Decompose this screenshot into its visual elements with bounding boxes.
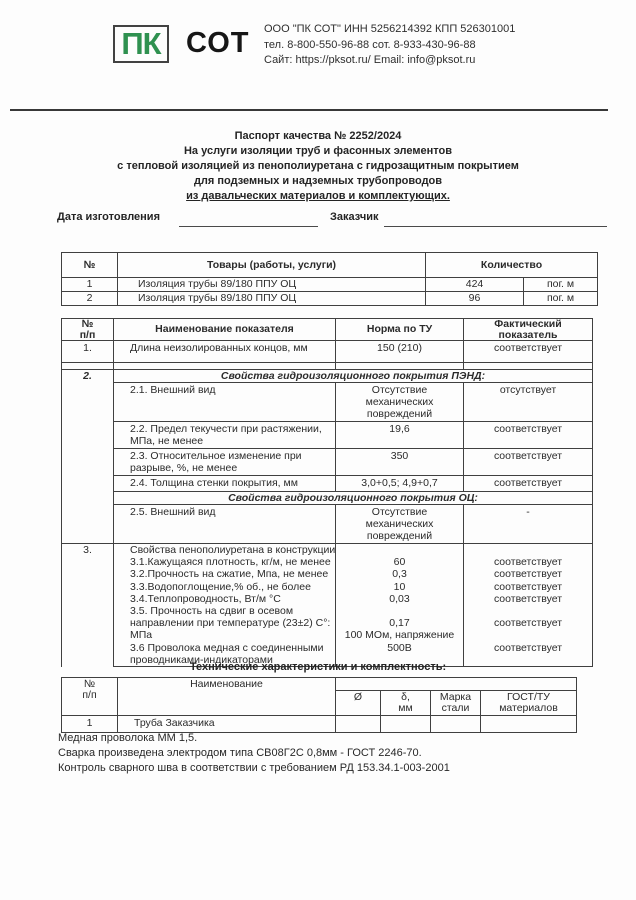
quality-row-1: 1. Длина неизолированных концов, мм 150 … (62, 341, 593, 363)
section3-line: направлении при температуре (23±2) С°: 0… (62, 617, 593, 629)
tech-col-diameter: Ø (336, 691, 381, 716)
goods-num: 1 (62, 278, 118, 292)
goods-qty: 96 (426, 292, 524, 306)
tech-col-steel-line2: стали (433, 703, 478, 714)
row-name: 2.3. Относительное изменение при разрыве… (114, 449, 336, 476)
section3-line: 3.3.Водопоглощение,% об., не более 10 со… (62, 581, 593, 593)
tech-col-gost: ГОСТ/ТУ материалов (481, 691, 577, 716)
section-oc-header-row: Свойства гидроизоляционного покрытия ОЦ: (62, 492, 593, 505)
row-name: МПа (114, 629, 336, 641)
row-fact: соответствует (464, 642, 593, 654)
row-fact: соответствует (464, 341, 593, 363)
row-fact: соответствует (464, 568, 593, 580)
document-page: ПК СОТ ООО "ПК СОТ" ИНН 5256214392 КПП 5… (0, 0, 636, 900)
row-name: 3.3.Водопоглощение,% об., не более (114, 581, 336, 593)
tech-d-value (336, 716, 381, 733)
row-norm: 19,6 (336, 422, 464, 449)
goods-col-num: № (62, 253, 118, 278)
row-fact: соответствует (464, 581, 593, 593)
row-name: направлении при температуре (23±2) С°: (114, 617, 336, 629)
tech-col-num-line2: п/п (64, 690, 115, 701)
section3-line: 3.4.Теплопроводность, Вт/м °С 0,03 соотв… (62, 593, 593, 605)
section3-line: 3.2.Прочность на сжатие, Мпа, не менее 0… (62, 568, 593, 580)
row-fact: соответствует (464, 593, 593, 605)
row-name: 2.1. Внешний вид (114, 383, 336, 422)
customer-label: Заказчик (330, 211, 378, 223)
goods-num: 2 (62, 292, 118, 306)
row-name: 3.5. Прочность на сдвиг в осевом (114, 605, 336, 617)
document-title: Паспорт качества № 2252/2024 На услуги и… (0, 129, 636, 204)
row-num: 1. (62, 341, 114, 363)
quality-col-num-line2: п/п (62, 330, 113, 341)
separator-line (10, 109, 608, 111)
tech-gost-value (481, 716, 577, 733)
tech-header-row-top: № п/п Наименование (62, 678, 577, 691)
title-line-5: из давальческих материалов и комплектующ… (0, 189, 636, 204)
notes: Медная проволока ММ 1,5. Сварка произвед… (58, 731, 450, 777)
tech-row: 1 Труба Заказчика (62, 716, 577, 733)
row-name: 2.5. Внешний вид (114, 505, 336, 544)
tech-delta-value (381, 716, 431, 733)
section-header-oc: Свойства гидроизоляционного покрытия ОЦ: (114, 492, 593, 505)
tech-header-span-cell (336, 678, 577, 691)
company-info-line-3: Сайт: https://pksot.ru/ Email: info@pkso… (264, 53, 515, 69)
quality-col-fact-line1: Фактический (464, 319, 592, 330)
title-line-2: На услуги изоляции труб и фасонных элеме… (0, 144, 636, 159)
quality-row-2-3: 2.3. Относительное изменение при разрыве… (62, 449, 593, 476)
logo-pk-text: ПК (121, 28, 160, 61)
goods-qty: 424 (426, 278, 524, 292)
row-fact: соответствует (464, 476, 593, 492)
row-fact: - (464, 505, 593, 544)
row-norm: 350 (336, 449, 464, 476)
row-fact: соответствует (464, 422, 593, 449)
company-info-line-2: тел. 8-800-550-96-88 сот. 8-933-430-96-8… (264, 38, 515, 54)
row-fact: соответствует (464, 556, 593, 568)
row-name: 2.4. Толщина стенки покрытия, мм (114, 476, 336, 492)
tech-col-name: Наименование (118, 678, 336, 716)
section3-line: 3. Свойства пенополиуретана в конструкци… (62, 544, 593, 557)
quality-col-fact: Фактический показатель (464, 319, 593, 341)
goods-name: Изоляция трубы 89/180 ППУ ОЦ (118, 278, 426, 292)
title-line-3: с тепловой изоляцией из пенополиуретана … (0, 159, 636, 174)
section2-num: 2. (62, 370, 114, 544)
row-norm: 10 (336, 581, 464, 593)
tech-table-title: Технические характеристики и комплектнос… (0, 661, 636, 673)
spacer-cell (464, 363, 593, 370)
section2-header-row: 2. Свойства гидроизоляционного покрытия … (62, 370, 593, 383)
row-norm: Отсутствие механических повреждений (336, 505, 464, 544)
row-fact: отсутствует (464, 383, 593, 422)
section3-line: 3.5. Прочность на сдвиг в осевом (62, 605, 593, 617)
goods-unit: пог. м (524, 278, 598, 292)
logo-sot-text: СОТ (186, 29, 250, 58)
row-fact (464, 605, 593, 617)
note-line-1: Медная проволока ММ 1,5. (58, 731, 450, 746)
tech-table: № п/п Наименование Ø δ, мм Марка стали Г… (61, 677, 577, 733)
section3-line: 3.1.Кажущаяся плотность, кг/м, не менее … (62, 556, 593, 568)
goods-col-name: Товары (работы, услуги) (118, 253, 426, 278)
goods-table: № Товары (работы, услуги) Количество 1 И… (61, 252, 598, 306)
section3-line: МПа 100 МОм, напряжение (62, 629, 593, 641)
row-name: 3.2.Прочность на сжатие, Мпа, не менее (114, 568, 336, 580)
row-name: 3.1.Кажущаяся плотность, кг/м, не менее (114, 556, 336, 568)
note-line-3: Контроль сварного шва в соответствии с т… (58, 761, 450, 776)
title-line-4: для подземных и надземных трубопроводов (0, 174, 636, 189)
date-blank-line (179, 213, 318, 227)
tech-col-gost-line2: материалов (483, 703, 574, 714)
title-line-1: Паспорт качества № 2252/2024 (0, 129, 636, 144)
row-norm: 0,3 (336, 568, 464, 580)
quality-row-2-5: 2.5. Внешний вид Отсутствие механических… (62, 505, 593, 544)
quality-col-norm: Норма по ТУ (336, 319, 464, 341)
row-norm: 60 (336, 556, 464, 568)
note-line-2: Сварка произведена электродом типа СВ08Г… (58, 746, 450, 761)
goods-header-row: № Товары (работы, услуги) Количество (62, 253, 598, 278)
row-norm-text: Отсутствие механических повреждений (357, 506, 443, 542)
spacer-row (62, 363, 593, 370)
row-fact: соответствует (464, 449, 593, 476)
goods-row: 2 Изоляция трубы 89/180 ППУ ОЦ 96 пог. м (62, 292, 598, 306)
quality-col-fact-line2: показатель (464, 330, 592, 341)
row-norm: 150 (210) (336, 341, 464, 363)
quality-table: № п/п Наименование показателя Норма по Т… (61, 318, 593, 667)
quality-row-2-1: 2.1. Внешний вид Отсутствие механических… (62, 383, 593, 422)
tech-col-delta-line2: мм (383, 703, 428, 714)
section-header-pend: Свойства гидроизоляционного покрытия ПЭН… (114, 370, 593, 383)
date-label: Дата изготовления (57, 211, 160, 223)
tech-col-delta: δ, мм (381, 691, 431, 716)
row-name: Свойства пенополиуретана в конструкции: (114, 544, 336, 557)
spacer-cell (62, 363, 114, 370)
goods-col-qty: Количество (426, 253, 598, 278)
tech-steel-value (431, 716, 481, 733)
row-norm (336, 605, 464, 617)
row-name: 3.4.Теплопроводность, Вт/м °С (114, 593, 336, 605)
row-fact (464, 544, 593, 557)
section3-line: 3.6 Проволока медная с соединенными 500В… (62, 642, 593, 654)
row-norm: Отсутствие механических повреждений (336, 383, 464, 422)
row-norm-text: Отсутствие механических повреждений (357, 384, 443, 420)
row-norm: 100 МОм, напряжение (336, 629, 464, 641)
tech-col-num: № п/п (62, 678, 118, 716)
tech-col-steel: Марка стали (431, 691, 481, 716)
row-fact (464, 629, 593, 641)
quality-row-2-2: 2.2. Предел текучести при растяжении, МП… (62, 422, 593, 449)
quality-row-2-4: 2.4. Толщина стенки покрытия, мм 3,0+0,5… (62, 476, 593, 492)
row-name: 3.6 Проволока медная с соединенными (114, 642, 336, 654)
goods-name: Изоляция трубы 89/180 ППУ ОЦ (118, 292, 426, 306)
spacer-cell (336, 363, 464, 370)
company-info-line-1: ООО "ПК СОТ" ИНН 5256214392 КПП 52630100… (264, 22, 515, 38)
spacer-cell (114, 363, 336, 370)
row-norm (336, 544, 464, 557)
company-logo: ПК (113, 25, 169, 63)
row-norm: 0,03 (336, 593, 464, 605)
quality-col-num-line1: № (62, 319, 113, 330)
row-fact: соответствует (464, 617, 593, 629)
quality-col-num: № п/п (62, 319, 114, 341)
row-norm: 3,0+0,5; 4,9+0,7 (336, 476, 464, 492)
section3-num: 3. (62, 544, 114, 667)
company-info: ООО "ПК СОТ" ИНН 5256214392 КПП 52630100… (264, 22, 515, 69)
tech-name: Труба Заказчика (118, 716, 336, 733)
customer-blank-line (384, 213, 607, 227)
goods-unit: пог. м (524, 292, 598, 306)
row-norm: 500В (336, 642, 464, 654)
row-norm: 0,17 (336, 617, 464, 629)
tech-num: 1 (62, 716, 118, 733)
goods-row: 1 Изоляция трубы 89/180 ППУ ОЦ 424 пог. … (62, 278, 598, 292)
row-name: Длина неизолированных концов, мм (114, 341, 336, 363)
row-name: 2.2. Предел текучести при растяжении, МП… (114, 422, 336, 449)
quality-header-row: № п/п Наименование показателя Норма по Т… (62, 319, 593, 341)
quality-col-name: Наименование показателя (114, 319, 336, 341)
